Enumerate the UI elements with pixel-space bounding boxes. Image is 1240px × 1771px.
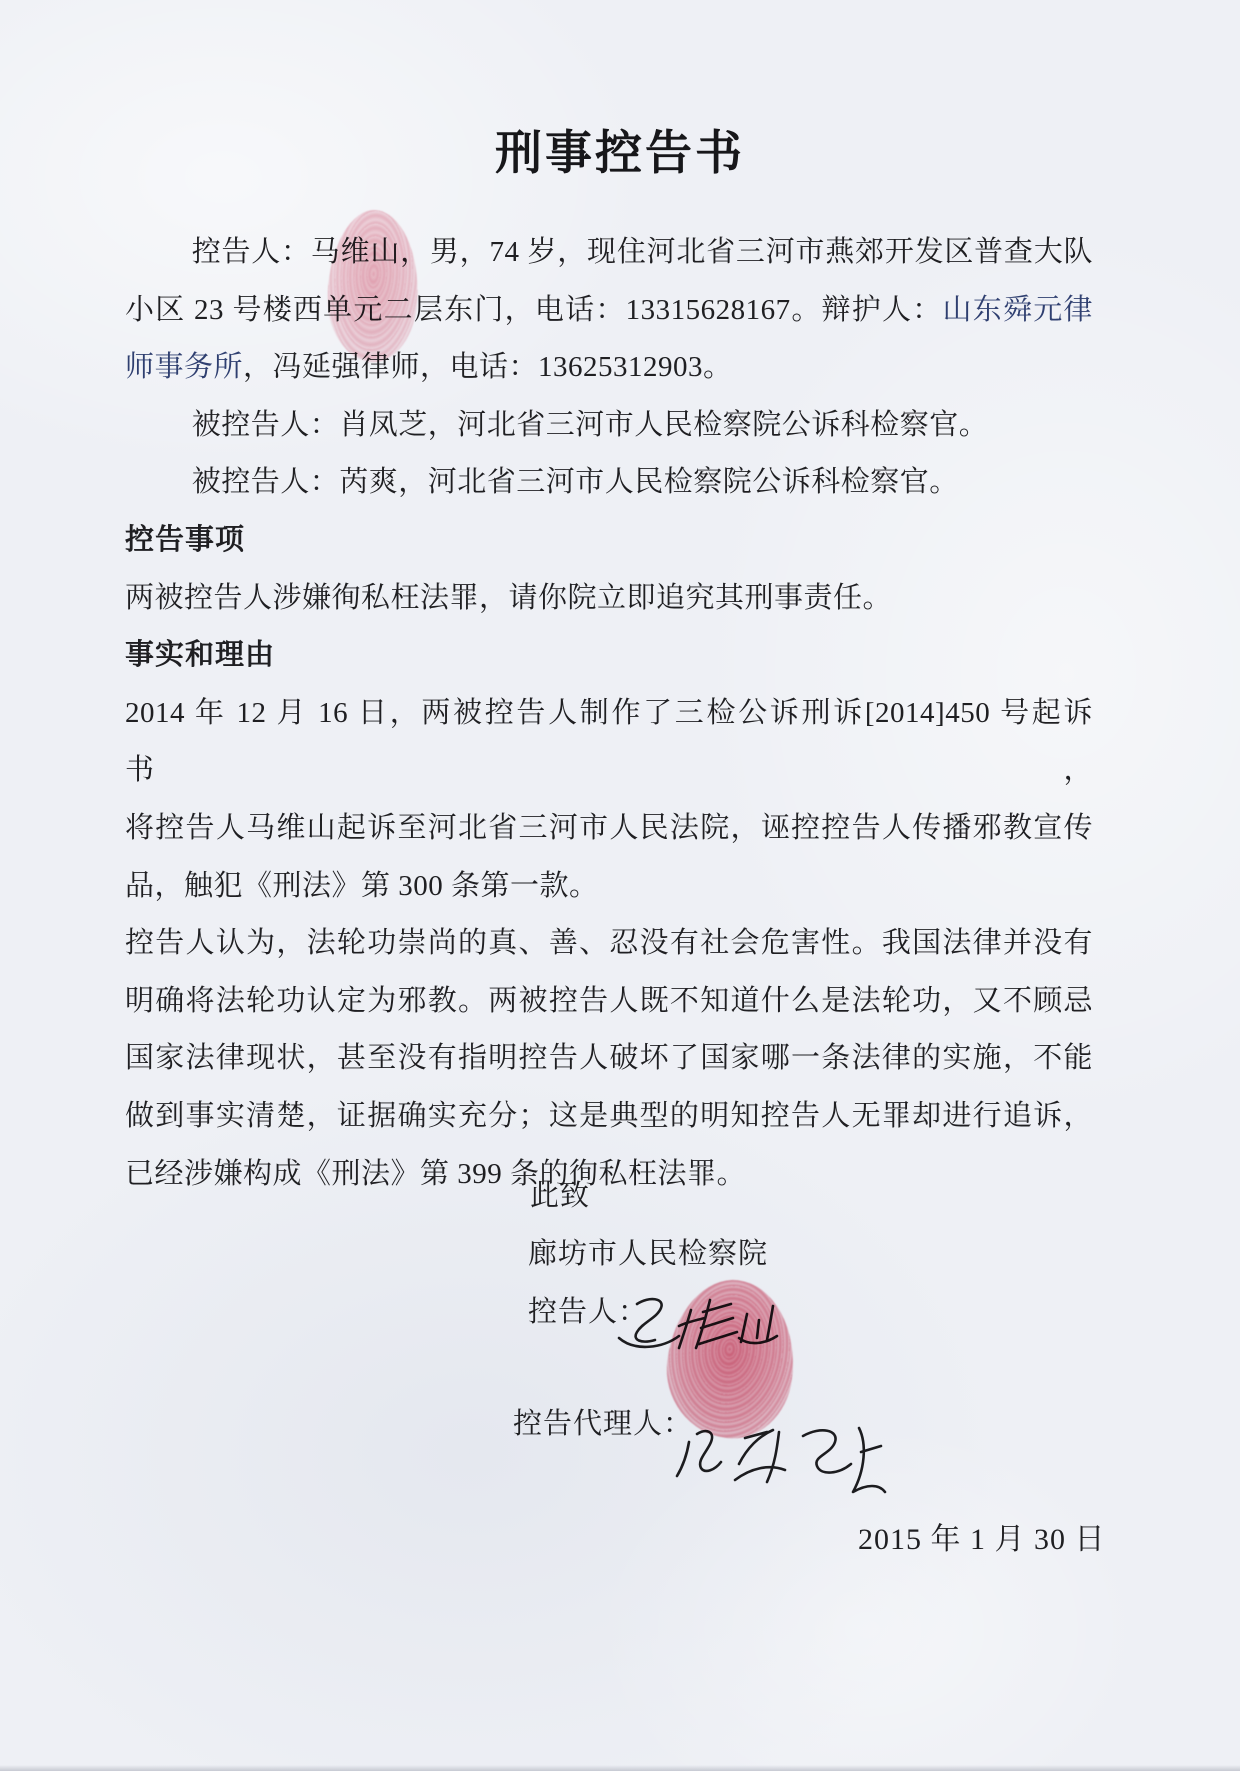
agent-label: 控告代理人： — [513, 1404, 693, 1444]
law-firm-name-part1: 山东舜元律 — [943, 294, 1093, 326]
signature-complainant — [615, 1288, 790, 1368]
paragraph-complainant-line3: 师事务所，冯延强律师，电话：13625312903。 — [125, 339, 1093, 397]
address-phone-text: 小区 23 号楼西单元二层东门，电话：13315628167。辩护人： — [125, 294, 943, 326]
page-title: 刑事控告书 — [0, 116, 1240, 183]
lawyer-phone-text: ，冯延强律师，电话：13625312903。 — [243, 351, 733, 383]
paragraph-facts-line2: 将控告人马维山起诉至河北省三河市人民法院，诬控控告人传播邪教宣传 — [125, 800, 1093, 858]
document-body: 控告人：马维山，男，74 岁，现住河北省三河市燕郊开发区普查大队 小区 23 号… — [125, 224, 1093, 1203]
paragraph-opinion-line3: 国家法律现状，甚至没有指明控告人破坏了国家哪一条法律的实施，不能 — [125, 1030, 1093, 1088]
paragraph-accused-2: 被控告人：芮爽，河北省三河市人民检察院公诉科检察官。 — [125, 454, 1093, 512]
law-firm-name-part2: 师事务所 — [125, 351, 243, 383]
heading-facts-reasons: 事实和理由 — [125, 627, 1093, 685]
signature-agent-text: 冯延强 — [0, 0, 1, 1]
document-date: 2015 年 1 月 30 日 — [858, 1520, 1106, 1560]
paragraph-opinion-line2: 明确将法轮功认定为邪教。两被控告人既不知道什么是法轮功，又不顾忌 — [125, 973, 1093, 1031]
signature-complainant-text: 马维山 — [0, 0, 1, 1]
paragraph-opinion-line1: 控告人认为，法轮功崇尚的真、善、忍没有社会危害性。我国法律并没有 — [125, 915, 1093, 973]
paragraph-facts-line1: 2014 年 12 月 16 日，两被控告人制作了三检公诉刑诉[2014]450… — [125, 685, 1093, 800]
paragraph-complainant-line2: 小区 23 号楼西单元二层东门，电话：13315628167。辩护人：山东舜元律 — [125, 282, 1093, 340]
paragraph-opinion-line5: 已经涉嫌构成《刑法》第 399 条的徇私枉法罪。 — [125, 1146, 1093, 1204]
heading-complaint-items: 控告事项 — [125, 512, 1093, 570]
closing-addressee: 廊坊市人民检察院 — [528, 1234, 768, 1274]
closing-salute: 此致 — [530, 1176, 590, 1216]
signature-agent — [675, 1408, 890, 1508]
paragraph-opinion-line4: 做到事实清楚，证据确实充分；这是典型的明知控告人无罪却进行追诉， — [125, 1088, 1093, 1146]
paragraph-accused-1: 被控告人：肖凤芝，河北省三河市人民检察院公诉科检察官。 — [125, 397, 1093, 455]
paragraph-facts-line3: 品，触犯《刑法》第 300 条第一款。 — [125, 858, 1093, 916]
scanned-document-page: 刑事控告书 控告人：马维山，男，74 岁，现住河北省三河市燕郊开发区普查大队 小… — [0, 0, 1240, 1771]
paragraph-complaint-item: 两被控告人涉嫌徇私枉法罪，请你院立即追究其刑事责任。 — [125, 570, 1093, 628]
paragraph-complainant-line1: 控告人：马维山，男，74 岁，现住河北省三河市燕郊开发区普查大队 — [125, 224, 1093, 282]
